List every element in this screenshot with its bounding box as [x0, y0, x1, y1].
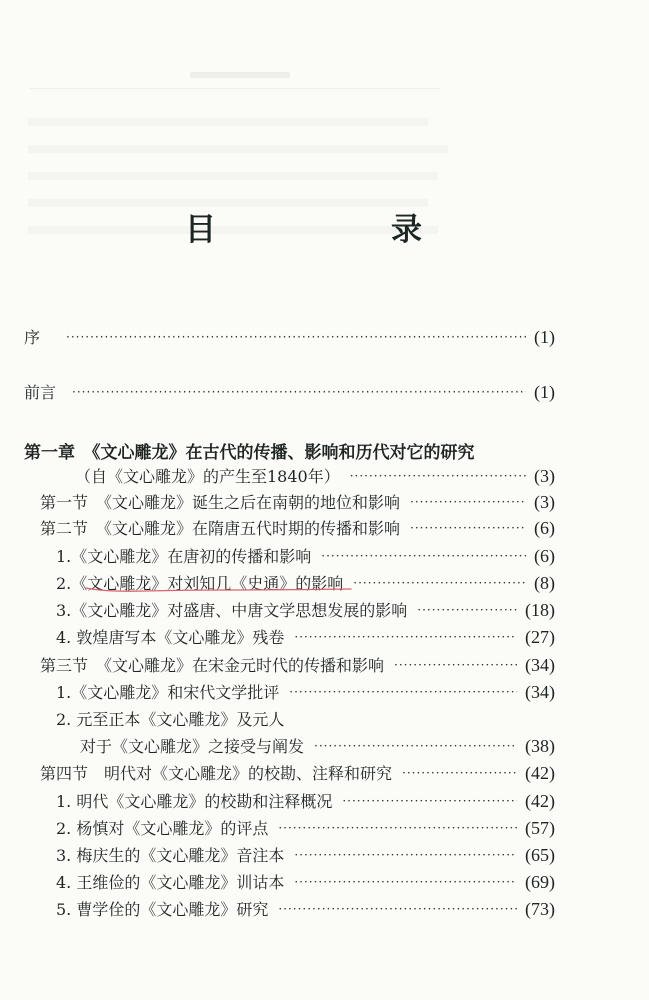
dot-leader	[72, 385, 526, 399]
toc-entry-chapter-1-subtitle[interactable]: （自《文心雕龙》的产生至1840年） (3)	[75, 464, 555, 487]
dot-leader	[350, 469, 526, 483]
dot-leader	[294, 875, 517, 889]
toc-entry-section-1[interactable]: 第一节 《文心雕龙》诞生之后在南朝的地位和影响 (3)	[40, 490, 555, 513]
toc-entry-subsection[interactable]: 3. 梅庆生的《文心雕龙》音注本 (65)	[56, 843, 555, 866]
toc-entry-label: 2. 元至正本《文心雕龙》及元人	[56, 707, 284, 730]
dot-leader	[410, 495, 526, 509]
toc-entry-label: 1.《文心雕龙》在唐初的传播和影响	[56, 544, 311, 567]
toc-page-number: (42)	[525, 791, 555, 812]
toc-page-number: (73)	[525, 899, 555, 920]
toc-page-number: (69)	[525, 872, 555, 893]
toc-entry-label: 4. 敦煌唐写本《文心雕龙》残卷	[56, 625, 284, 648]
toc-entry-label: 3.《文心雕龙》对盛唐、中唐文学思想发展的影响	[56, 598, 407, 621]
toc-entry-subsection[interactable]: 4. 王维俭的《文心雕龙》训诂本 (69)	[56, 870, 555, 893]
toc-entry-subsection[interactable]: 3.《文心雕龙》对盛唐、中唐文学思想发展的影响 (18)	[56, 598, 555, 621]
toc-entry-subsection[interactable]: 2. 元至正本《文心雕龙》及元人	[56, 707, 555, 730]
dot-leader	[278, 902, 517, 916]
dot-leader	[321, 549, 526, 563]
toc-entry-label: 序	[24, 325, 40, 348]
dot-leader	[66, 330, 526, 344]
toc-page-number: (1)	[534, 382, 555, 403]
page-title: 目 录	[0, 204, 649, 249]
dot-leader	[394, 658, 517, 672]
toc-entry-subsection[interactable]: 1.《文心雕龙》在唐初的传播和影响 (6)	[56, 544, 555, 567]
dot-leader	[294, 630, 517, 644]
ghost-header-rule	[30, 88, 440, 89]
toc-entry-section-2[interactable]: 第二节 《文心雕龙》在隋唐五代时期的传播和影响 (6)	[40, 516, 555, 539]
toc-entry-subsection[interactable]: 4. 敦煌唐写本《文心雕龙》残卷 (27)	[56, 625, 555, 648]
toc-entry-section-3[interactable]: 第三节 《文心雕龙》在宋金元时代的传播和影响 (34)	[40, 653, 555, 676]
toc-page-number: (38)	[525, 736, 555, 757]
toc-entry-label: 第四节 明代对《文心雕龙》的校勘、注释和研究	[40, 761, 392, 784]
dot-leader	[314, 739, 517, 753]
toc-page-number: (3)	[534, 492, 555, 513]
toc-page-number: (42)	[525, 763, 555, 784]
toc-entry-label: 第二节 《文心雕龙》在隋唐五代时期的传播和影响	[40, 516, 400, 539]
toc-page-number: (18)	[525, 600, 555, 621]
toc-page-number: (34)	[525, 682, 555, 703]
toc-page-number: (6)	[534, 518, 555, 539]
toc-entry-preface[interactable]: 序 (1)	[24, 325, 555, 348]
toc-entry-label: 1. 明代《文心雕龙》的校勘和注释概况	[56, 789, 332, 812]
dot-leader	[278, 821, 517, 835]
toc-entry-subsection-annotated[interactable]: 2.《文心雕龙》对刘知几《史通》的影响 (8)	[56, 571, 555, 594]
toc-entry-label: 第一章 《文心雕龙》在古代的传播、影响和历代对它的研究	[24, 438, 475, 463]
toc-entry-label: （自《文心雕龙》的产生至1840年）	[75, 464, 340, 487]
toc-page-number: (6)	[534, 546, 555, 567]
dot-leader	[294, 848, 517, 862]
ghost-running-header	[190, 72, 290, 78]
toc-entry-subsection[interactable]: 1. 明代《文心雕龙》的校勘和注释概况 (42)	[56, 789, 555, 812]
toc-entry-foreword[interactable]: 前言 (1)	[24, 380, 555, 403]
toc-page-number: (8)	[534, 573, 555, 594]
toc-page-number: (57)	[525, 818, 555, 839]
ghost-text-line	[28, 118, 428, 126]
toc-entry-label: 对于《文心雕龙》之接受与阐发	[80, 734, 304, 757]
toc-entry-subsection[interactable]: 5. 曹学佺的《文心雕龙》研究 (73)	[56, 897, 555, 920]
toc-entry-chapter-1[interactable]: 第一章 《文心雕龙》在古代的传播、影响和历代对它的研究	[24, 438, 555, 463]
toc-entry-subsection-continuation[interactable]: 对于《文心雕龙》之接受与阐发 (38)	[80, 734, 555, 757]
dot-leader	[289, 685, 517, 699]
toc-page-number: (3)	[534, 466, 555, 487]
ghost-text-line	[28, 145, 448, 153]
toc-entry-subsection[interactable]: 2. 杨慎对《文心雕龙》的评点 (57)	[56, 816, 555, 839]
toc-entry-label: 5. 曹学佺的《文心雕龙》研究	[56, 897, 268, 920]
dot-leader	[402, 766, 517, 780]
dot-leader	[353, 576, 526, 590]
toc-entry-label: 2.《文心雕龙》对刘知几《史通》的影响	[56, 571, 343, 594]
toc-entry-label: 前言	[24, 380, 56, 403]
ghost-text-line	[28, 172, 438, 180]
toc-entry-section-4[interactable]: 第四节 明代对《文心雕龙》的校勘、注释和研究 (42)	[40, 761, 555, 784]
dot-leader	[342, 794, 517, 808]
toc-page-number: (65)	[525, 845, 555, 866]
dot-leader	[410, 521, 526, 535]
toc-entry-label: 1.《文心雕龙》和宋代文学批评	[56, 680, 279, 703]
toc-page-number: (34)	[525, 655, 555, 676]
dot-leader	[417, 603, 517, 617]
toc-entry-label: 第一节 《文心雕龙》诞生之后在南朝的地位和影响	[40, 490, 400, 513]
toc-entry-label: 3. 梅庆生的《文心雕龙》音注本	[56, 843, 284, 866]
toc-entry-subsection[interactable]: 1.《文心雕龙》和宋代文学批评 (34)	[56, 680, 555, 703]
toc-entry-label: 4. 王维俭的《文心雕龙》训诂本	[56, 870, 284, 893]
toc-page-number: (1)	[534, 327, 555, 348]
toc-page-number: (27)	[525, 627, 555, 648]
toc-entry-label: 第三节 《文心雕龙》在宋金元时代的传播和影响	[40, 653, 384, 676]
toc-entry-label: 2. 杨慎对《文心雕龙》的评点	[56, 816, 268, 839]
